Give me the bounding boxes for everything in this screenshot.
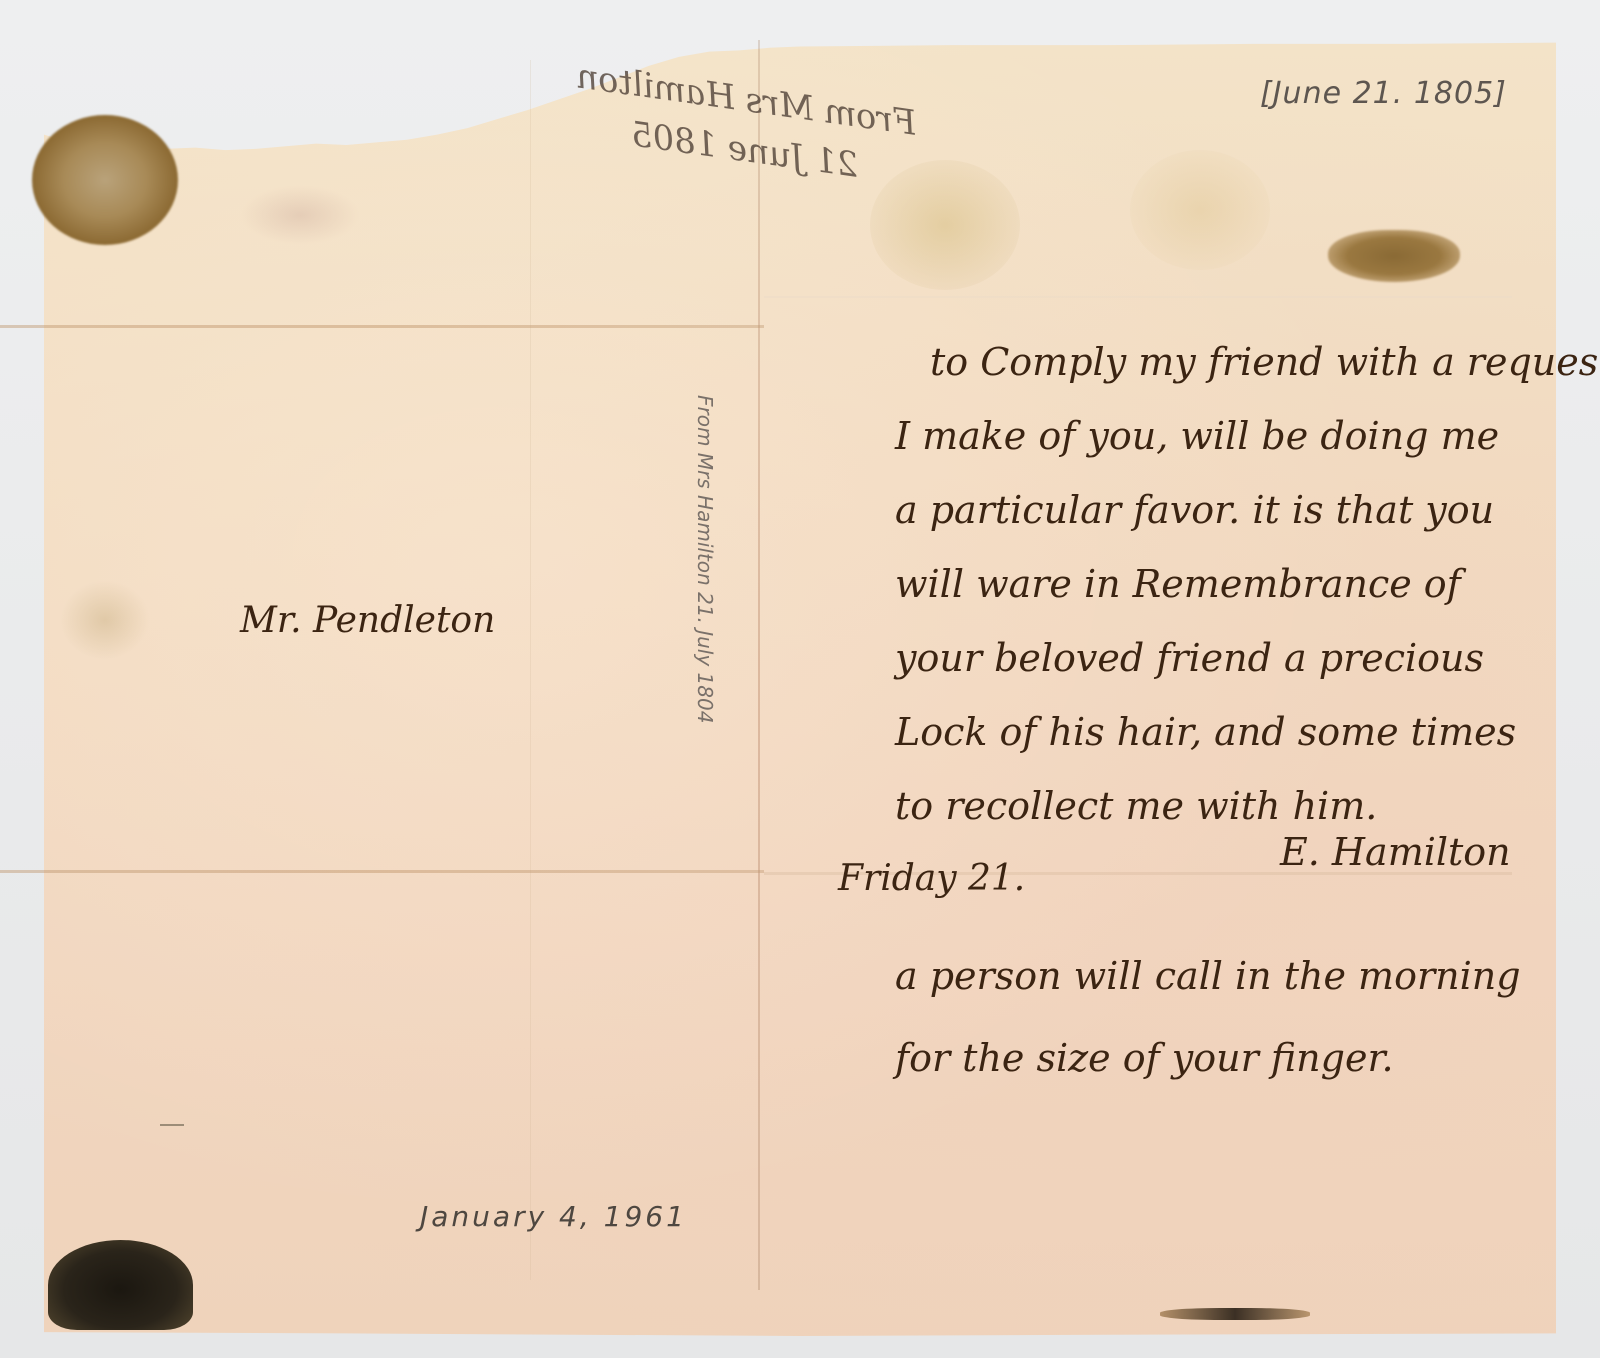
- postscript-line: for the size of your finger.: [895, 1017, 1521, 1099]
- body-line: Lock of his hair, and some times: [895, 695, 1535, 769]
- pencil-mark: [160, 1124, 184, 1126]
- docket-line-2: 21. July 1804: [693, 592, 717, 723]
- body-line: a particular favor. it is that you: [895, 473, 1535, 547]
- body-line: your beloved friend a precious: [895, 621, 1535, 695]
- wax-seal-stain-top-left: [32, 115, 178, 245]
- fold-line-vertical: [758, 40, 760, 1290]
- signature: E. Hamilton: [1280, 830, 1511, 874]
- fold-line-horizontal-right-top: [764, 296, 1512, 298]
- wax-seal-bottom-right: [1160, 1308, 1310, 1320]
- smudge-left: [60, 580, 150, 660]
- postscript-line: a person will call in the morning: [895, 935, 1521, 1017]
- seal-stain-middle-right: [1130, 150, 1270, 270]
- body-line: I make of you, will be doing me: [895, 399, 1535, 473]
- wax-seal-bottom-left: [48, 1240, 193, 1330]
- dateline: Friday 21.: [838, 858, 1025, 899]
- address-line: Mr. Pendleton: [240, 600, 495, 641]
- faint-stain: [240, 185, 360, 245]
- fold-line-vertical-faint: [530, 60, 531, 1280]
- fold-line-horizontal-top: [0, 325, 764, 328]
- body-line: to Comply my friend with a request: [895, 325, 1535, 399]
- seal-stain-middle-left: [870, 160, 1020, 290]
- docket-note: From Mrs Hamilton 21. July 1804: [690, 395, 720, 723]
- fold-line-horizontal-bottom: [0, 870, 764, 873]
- docket-line-1: From Mrs Hamilton: [693, 395, 717, 586]
- letter-body: to Comply my friend with a request I mak…: [895, 325, 1535, 843]
- wax-seal-stain-top-right: [1328, 230, 1460, 282]
- postscript: a person will call in the morning for th…: [895, 935, 1521, 1099]
- archive-date-annotation: [June 21. 1805]: [1260, 76, 1507, 111]
- catalog-date-note: January 4, 1961: [420, 1200, 687, 1233]
- body-line: will ware in Remembrance of: [895, 547, 1535, 621]
